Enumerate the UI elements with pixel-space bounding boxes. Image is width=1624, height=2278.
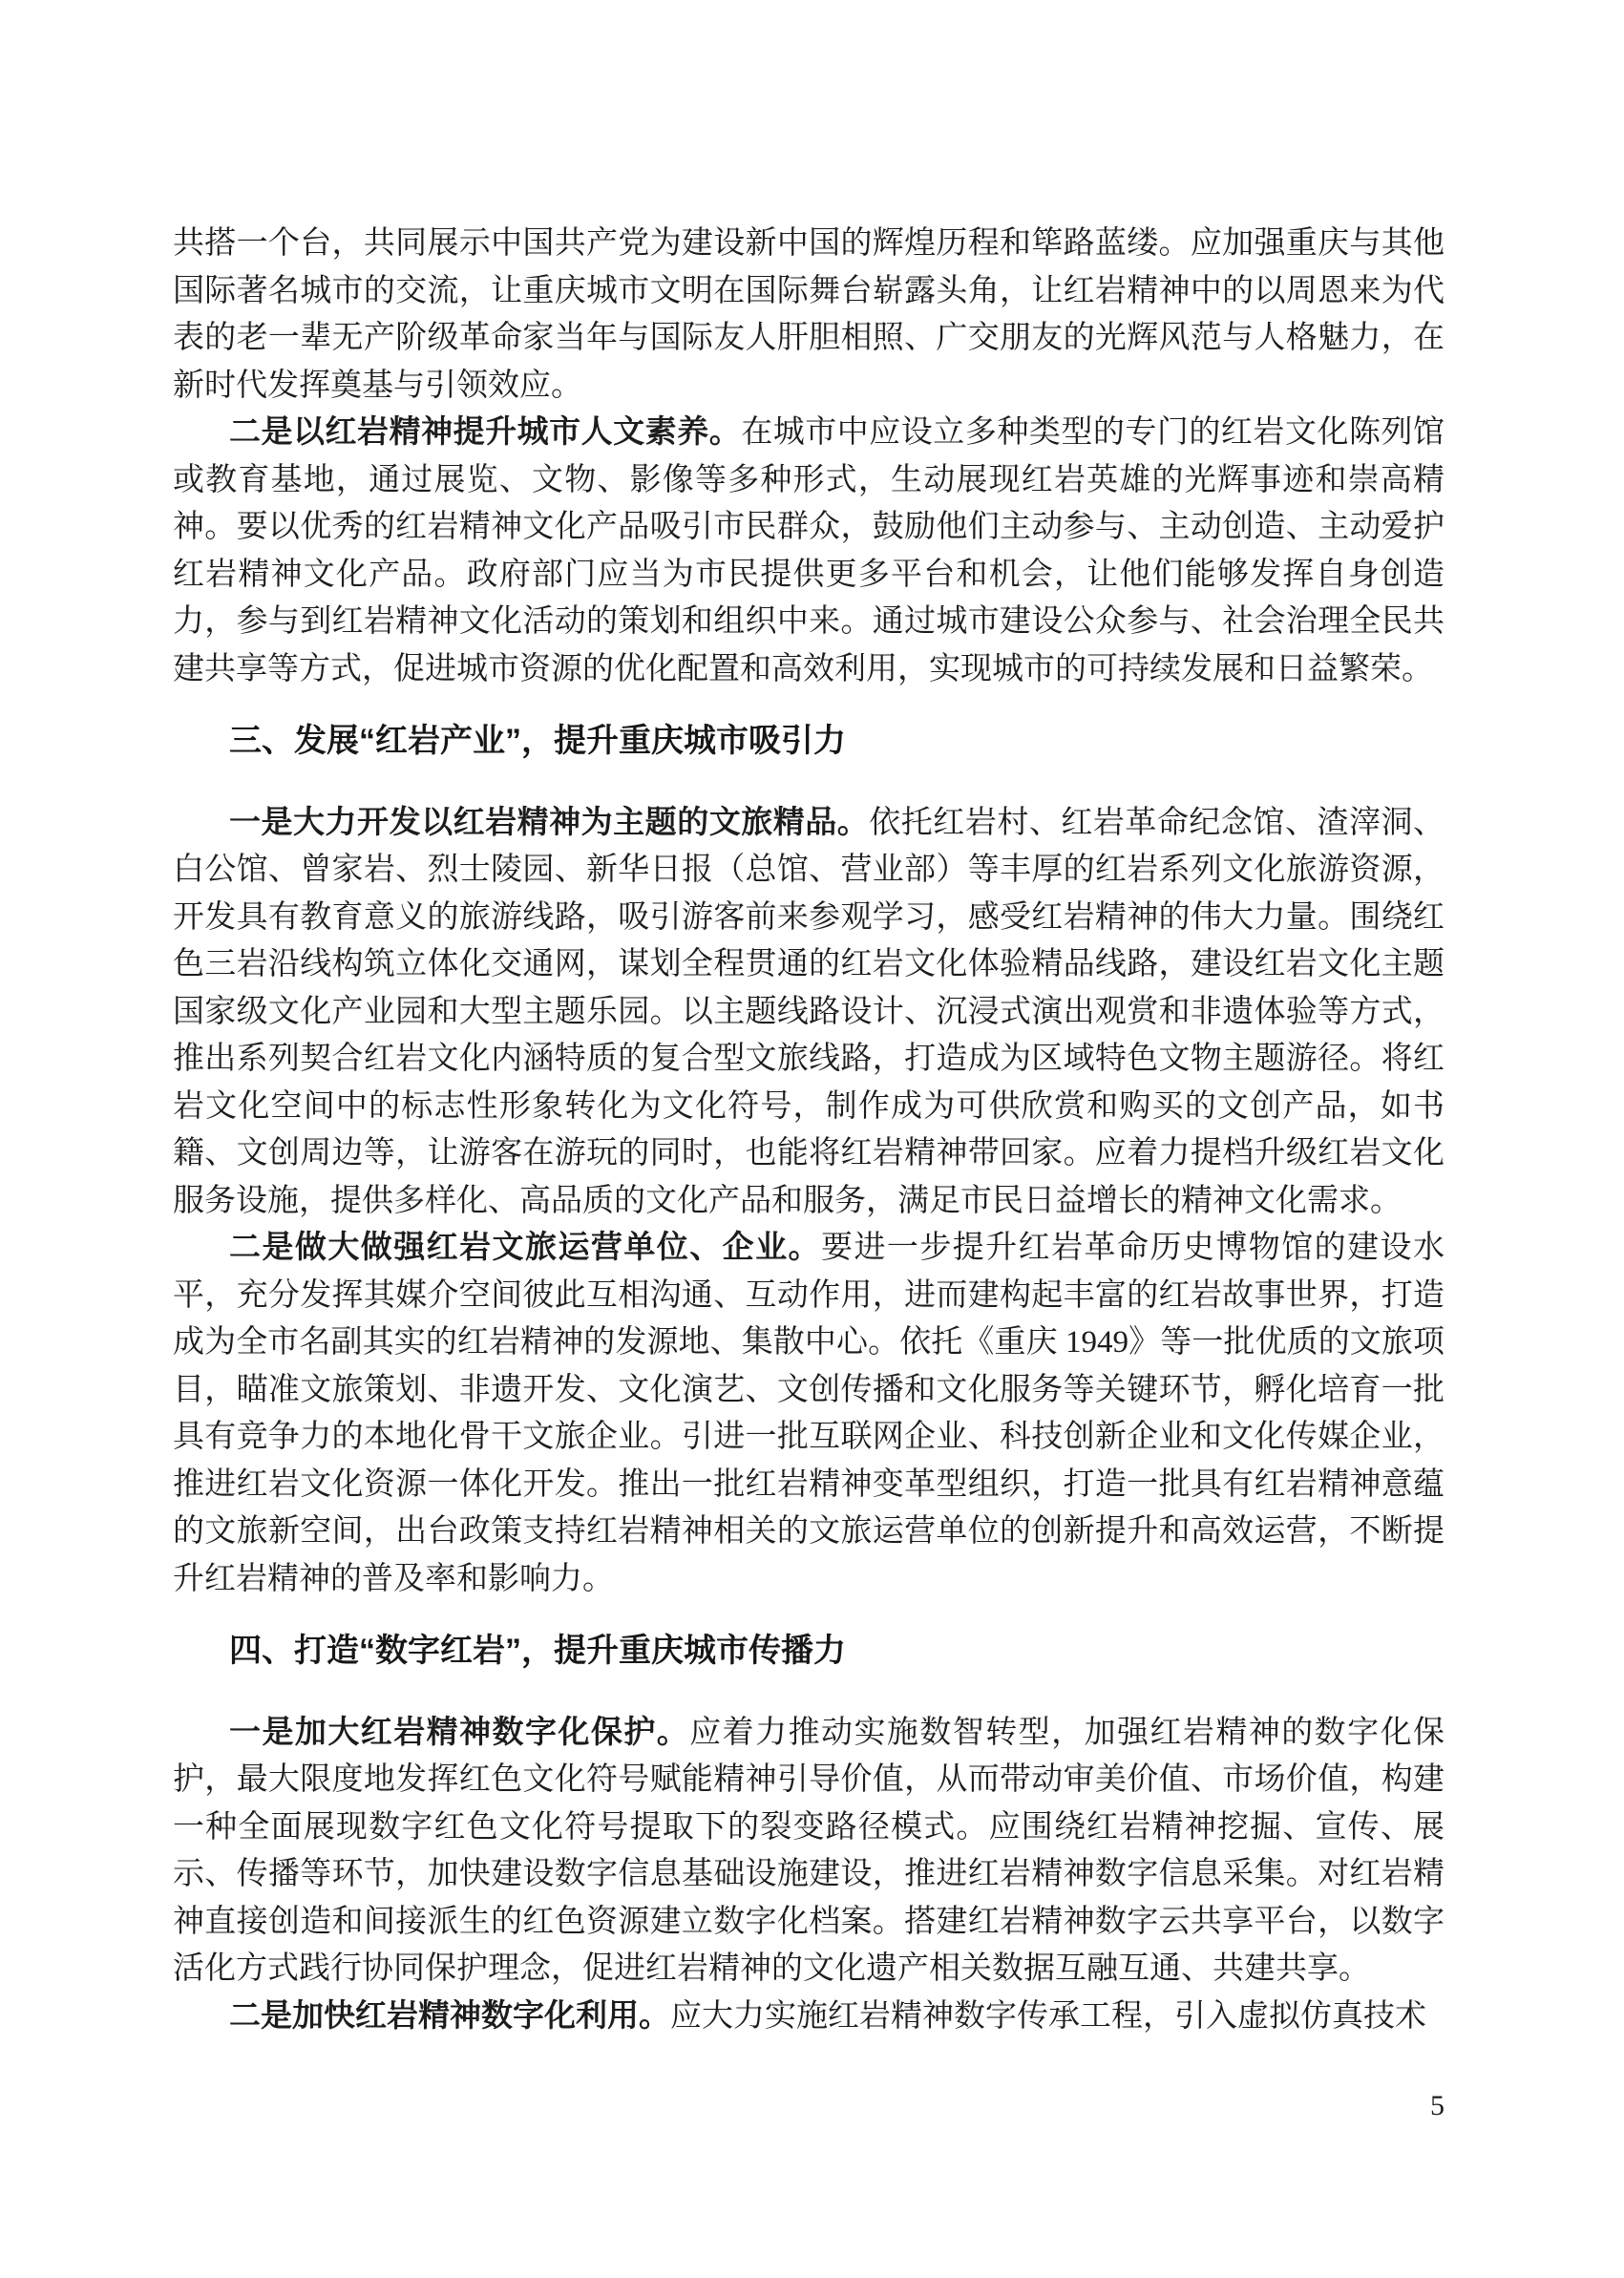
paragraph: 共搭一个台，共同展示中国共产党为建设新中国的辉煌历程和筚路蓝缕。应加强重庆与其他… <box>173 221 1445 410</box>
document-body: 共搭一个台，共同展示中国共产党为建设新中国的辉煌历程和筚路蓝缕。应加强重庆与其他… <box>173 221 1445 2040</box>
section-heading-4: 四、打造“数字红岩”，提升重庆城市传播力 <box>173 1628 1445 1676</box>
paragraph-lead: 二是做大做强红岩文旅运营单位、企业。 <box>229 1231 821 1265</box>
paragraph-lead: 二是加快红岩精神数字化利用。 <box>229 1999 670 2034</box>
paragraph-text: 在城市中应设立多种类型的专门的红岩文化陈列馆或教育基地，通过展览、文物、影像等多… <box>173 415 1445 686</box>
paragraph-lead: 一是加大红岩精神数字化保护。 <box>229 1716 689 1750</box>
paragraph-text: 应着力推动实施数智转型，加强红岩精神的数字化保护，最大限度地发挥红色文化符号赋能… <box>173 1716 1445 1987</box>
paragraph-lead: 二是以红岩精神提升城市人文素养。 <box>229 415 741 450</box>
paragraph-text: 依托红岩村、红岩革命纪念馆、渣滓洞、白公馆、曾家岩、烈士陵园、新华日报（总馆、营… <box>173 806 1445 1218</box>
document-page: 共搭一个台，共同展示中国共产党为建设新中国的辉煌历程和筚路蓝缕。应加强重庆与其他… <box>0 0 1624 2278</box>
section-heading-3: 三、发展“红岩产业”，提升重庆城市吸引力 <box>173 718 1445 766</box>
paragraph-lead: 一是大力开发以红岩精神为主题的文旅精品。 <box>229 806 869 840</box>
paragraph: 二是做大做强红岩文旅运营单位、企业。要进一步提升红岩革命历史博物馆的建设水平，充… <box>173 1225 1445 1603</box>
paragraph: 一是大力开发以红岩精神为主题的文旅精品。依托红岩村、红岩革命纪念馆、渣滓洞、白公… <box>173 800 1445 1226</box>
paragraph-text: 要进一步提升红岩革命历史博物馆的建设水平，充分发挥其媒介空间彼此互相沟通、互动作… <box>173 1231 1445 1596</box>
paragraph: 一是加大红岩精神数字化保护。应着力推动实施数智转型，加强红岩精神的数字化保护，最… <box>173 1710 1445 1993</box>
paragraph: 二是以红岩精神提升城市人文素养。在城市中应设立多种类型的专门的红岩文化陈列馆或教… <box>173 410 1445 693</box>
paragraph-text: 共搭一个台，共同展示中国共产党为建设新中国的辉煌历程和筚路蓝缕。应加强重庆与其他… <box>173 226 1445 403</box>
paragraph-text: 应大力实施红岩精神数字传承工程，引入虚拟仿真技术 <box>670 1999 1426 2034</box>
page-number: 5 <box>173 2089 1445 2123</box>
paragraph: 二是加快红岩精神数字化利用。应大力实施红岩精神数字传承工程，引入虚拟仿真技术 <box>173 1993 1445 2041</box>
